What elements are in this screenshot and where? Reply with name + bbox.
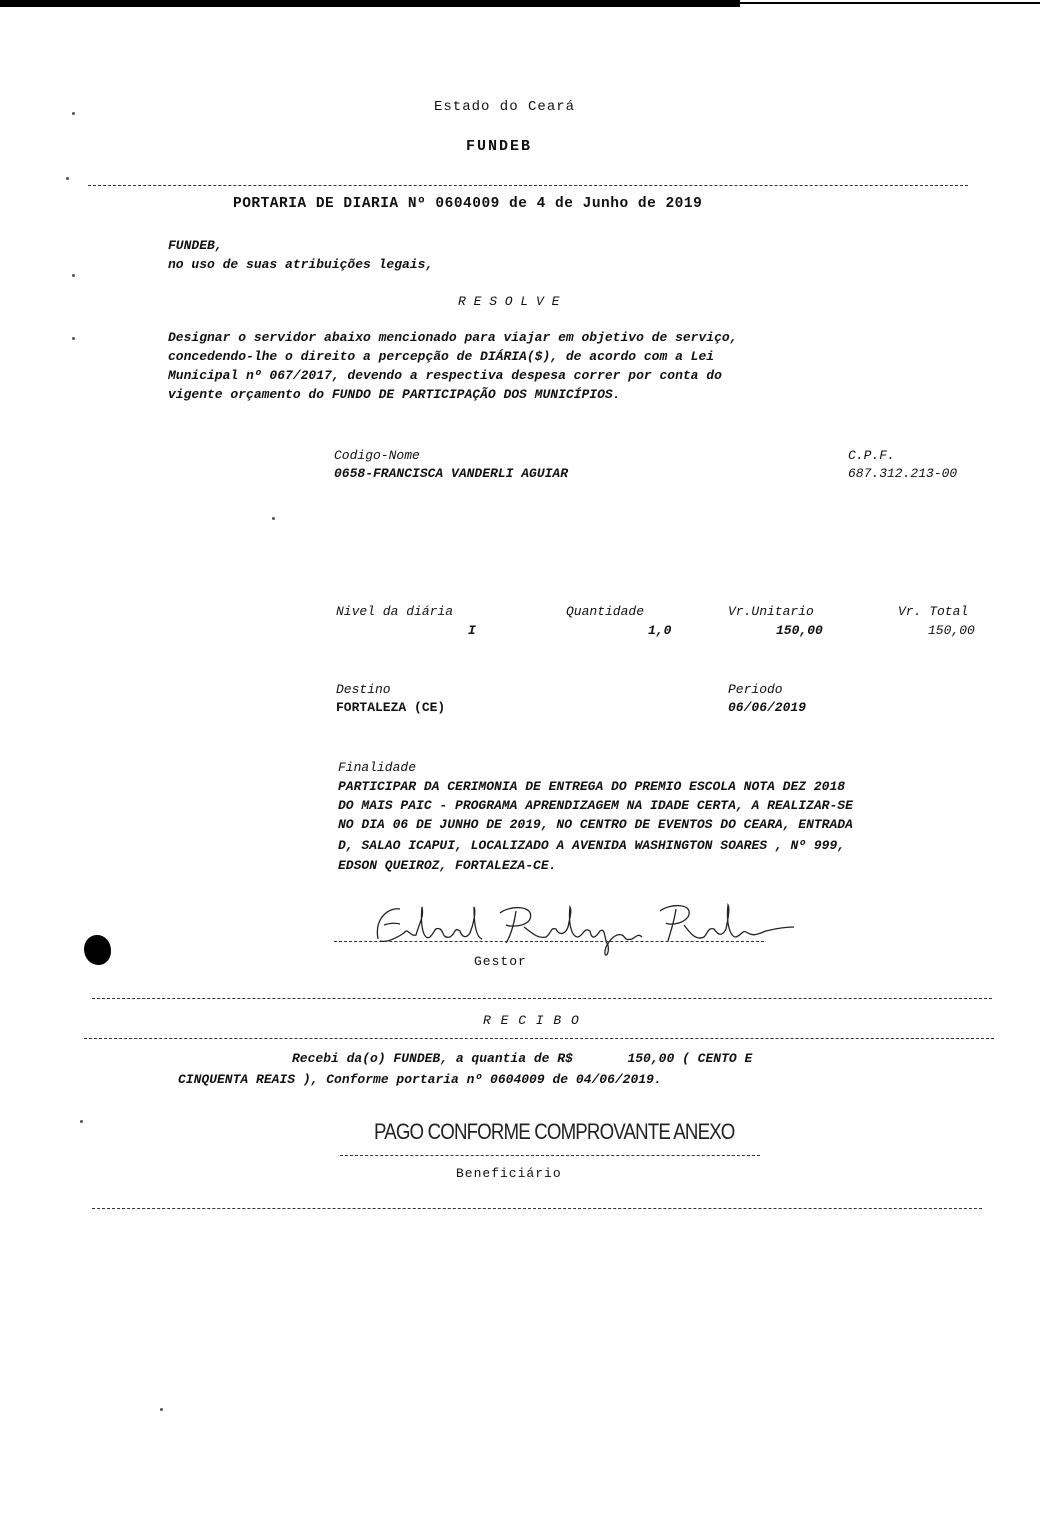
signature-scribble xyxy=(370,897,800,967)
scan-edge-bar xyxy=(0,0,740,7)
scan-mark xyxy=(66,177,69,180)
resolve-heading: R E S O L V E xyxy=(458,294,559,309)
body-line: concedendo-lhe o direito a percepção de … xyxy=(168,349,714,364)
scan-mark xyxy=(80,1120,83,1123)
column-header-total-value: Vr. Total xyxy=(898,604,968,619)
cell-total-value: 150,00 xyxy=(928,623,975,638)
body-line: vigente orçamento do FUNDO DE PARTICIPAÇ… xyxy=(168,387,620,402)
preamble-entity: FUNDEB, xyxy=(168,238,223,253)
purpose-line: NO DIA 06 DE JUNHO DE 2019, NO CENTRO DE… xyxy=(338,817,853,832)
cell-quantity: 1,0 xyxy=(648,623,671,638)
divider xyxy=(92,1208,982,1209)
code-name-value: 0658-FRANCISCA VANDERLI AGUIAR xyxy=(334,466,568,481)
divider xyxy=(92,998,992,999)
scan-mark xyxy=(72,274,75,277)
signature-line xyxy=(334,941,764,942)
purpose-line: PARTICIPAR DA CERIMONIA DE ENTREGA DO PR… xyxy=(338,779,845,794)
entity-name: FUNDEB xyxy=(466,138,532,155)
paid-stamp: PAGO CONFORME COMPROVANTE ANEXO xyxy=(374,1119,735,1145)
scan-mark xyxy=(72,112,75,115)
purpose-line: DO MAIS PAIC - PROGRAMA APRENDIZAGEM NA … xyxy=(338,798,853,813)
cpf-label: C.P.F. xyxy=(848,448,895,463)
column-header-level: Nivel da diária xyxy=(336,604,453,619)
cell-level: I xyxy=(468,623,476,638)
scan-mark xyxy=(160,1408,163,1411)
scan-mark xyxy=(72,337,75,340)
scan-edge-bar xyxy=(740,2,1040,4)
purpose-label: Finalidade xyxy=(338,760,416,775)
signer-role: Gestor xyxy=(474,954,527,969)
destination-value: FORTALEZA (CE) xyxy=(336,700,445,715)
cpf-value: 687.312.213-00 xyxy=(848,466,957,481)
column-header-quantity: Quantidade xyxy=(566,604,644,619)
period-value: 06/06/2019 xyxy=(728,700,806,715)
receipt-heading: R E C I B O xyxy=(483,1013,580,1028)
receipt-line: Recebi da(o) FUNDEB, a quantia de R$ 150… xyxy=(292,1051,752,1066)
beneficiary-signature-line xyxy=(340,1155,760,1156)
purpose-line: EDSON QUEIROZ, FORTALEZA-CE. xyxy=(338,858,556,873)
period-label: Periodo xyxy=(728,682,783,697)
body-line: Designar o servidor abaixo mencionado pa… xyxy=(168,330,738,345)
preamble-powers: no uso de suas atribuições legais, xyxy=(168,257,433,272)
beneficiary-label: Beneficiário xyxy=(456,1166,562,1181)
ink-blot xyxy=(84,935,111,965)
column-header-unit-value: Vr.Unitario xyxy=(728,604,814,619)
body-line: Municipal nº 067/2017, devendo a respect… xyxy=(168,368,722,383)
divider xyxy=(84,1038,994,1039)
scan-mark xyxy=(272,517,275,520)
state-name: Estado do Ceará xyxy=(434,99,575,115)
cell-unit-value: 150,00 xyxy=(776,623,823,638)
purpose-line: D, SALAO ICAPUI, LOCALIZADO A AVENIDA WA… xyxy=(338,838,845,853)
document-title: PORTARIA DE DIARIA Nº 0604009 de 4 de Ju… xyxy=(233,196,702,212)
divider xyxy=(88,185,968,186)
receipt-line: CINQUENTA REAIS ), Conforme portaria nº … xyxy=(178,1072,662,1087)
destination-label: Destino xyxy=(336,682,391,697)
code-name-label: Codigo-Nome xyxy=(334,448,420,463)
